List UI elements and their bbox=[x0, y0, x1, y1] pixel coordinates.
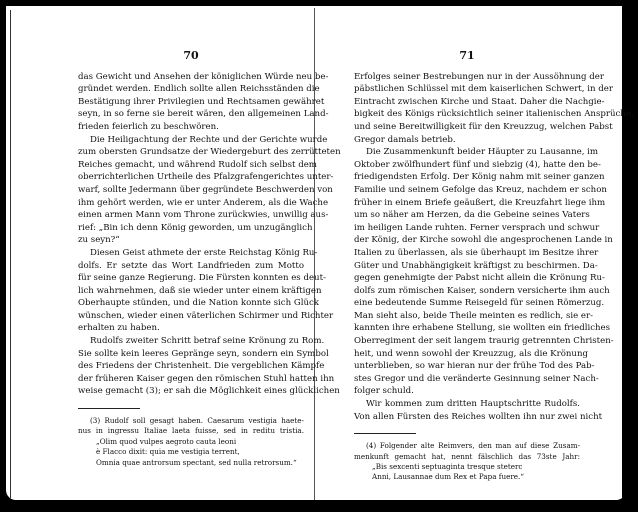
text-line: des Friedens der Christenheit. Die verge… bbox=[78, 360, 304, 373]
text-line: Die Zusammenkunft beider Häupter zu Laus… bbox=[354, 146, 580, 159]
text-line: Gregor damals betrieb. bbox=[354, 134, 580, 147]
scan-right-border bbox=[622, 6, 638, 512]
text-line: Diesen Geist athmete der erste Reichstag… bbox=[78, 247, 304, 260]
text-line: päbstlichen Schlüssel mit dem kaiserlich… bbox=[354, 83, 580, 96]
text-line: folger schuld. bbox=[354, 385, 580, 398]
text-line: unterblieben, so war hieran nur der früh… bbox=[354, 360, 580, 373]
text-line: friedigendsten Erfolg. Der König nahm mi… bbox=[354, 171, 580, 184]
text-line: das Gewicht und Ansehen der königlichen … bbox=[78, 71, 304, 84]
footnote-line: (3) Rudolf soll gesagt haben. Caesarum v… bbox=[78, 416, 304, 426]
text-line: Oberhaupte stünden, und die Nation konnt… bbox=[78, 297, 304, 310]
text-line: Güter und Unabhängigkeit kräftigst zu be… bbox=[354, 260, 580, 273]
text-line: Die Heiligachtung der Rechte und der Ger… bbox=[78, 134, 304, 147]
text-line: seyn, in so ferne sie bereit wären, den … bbox=[78, 108, 304, 121]
text-line: für seine ganze Regierung. Die Fürsten k… bbox=[78, 272, 304, 285]
text-line: Wir kommen zum dritten Hauptschritte Rud… bbox=[354, 398, 580, 411]
page-number: 71 bbox=[354, 50, 580, 63]
footnote-line: menkunft gemacht hat, nennt fälschlich d… bbox=[354, 452, 580, 462]
text-line: einen armen Mann vom Throne zurückwies, … bbox=[78, 209, 304, 222]
text-line: lich wahrnehmen, daß sie wieder unter ei… bbox=[78, 285, 304, 298]
footnote: (3) Rudolf soll gesagt haben. Caesarum v… bbox=[78, 416, 304, 468]
text-line: Sie sollte kein leeres Gepränge seyn, so… bbox=[78, 348, 304, 361]
text-line: Reiches gemacht, und während Rudolf sich… bbox=[78, 159, 304, 172]
text-line: heit, und wenn sowohl der Kreuzzug, als … bbox=[354, 348, 580, 361]
text-line: der König, der Kirche sowohl die angespr… bbox=[354, 234, 580, 247]
text-line: oberrichterlichen Urtheile des Pfalzgraf… bbox=[78, 171, 304, 184]
page-number: 70 bbox=[78, 50, 304, 63]
footnote-verse: Omnia quae antrorsum spectant, sed nulla… bbox=[78, 458, 304, 468]
text-line: Erfolges seiner Bestrebungen nur in der … bbox=[354, 71, 580, 84]
text-line: weise gemacht (3); er sah die Möglichkei… bbox=[78, 385, 304, 398]
text-line: Eintracht zwischen Kirche und Staat. Dah… bbox=[354, 96, 580, 109]
text-line: Familie und seinem Gefolge das Kreuz, na… bbox=[354, 184, 580, 197]
body-text: das Gewicht und Ansehen der königlichen … bbox=[78, 71, 304, 398]
text-line: um so näher am Herzen, da die Gebeine se… bbox=[354, 209, 580, 222]
footnote-line: nus in ingressu Italiae laeta fuisse, se… bbox=[78, 426, 304, 436]
footnote-rule bbox=[78, 408, 140, 409]
text-line: Oberregiment der seit langem traurig get… bbox=[354, 335, 580, 348]
footnote-verse: Anni, Lausannae dum Rex et Papa fuere.“ bbox=[354, 472, 580, 482]
text-line: gründet werden. Endlich sollte allen Rei… bbox=[78, 83, 304, 96]
text-line: dolfs. Er setzte das Wort Landfrieden zu… bbox=[78, 260, 304, 273]
text-line: stes Gregor und die veränderte Gesinnung… bbox=[354, 373, 580, 386]
text-line: gegen genehmigte der Pabst nicht allein … bbox=[354, 272, 580, 285]
body-text: Erfolges seiner Bestrebungen nur in der … bbox=[354, 71, 580, 424]
text-line: Man sieht also, beide Theile meinten es … bbox=[354, 310, 580, 323]
text-line: der früheren Kaiser gegen den römischen … bbox=[78, 373, 304, 386]
left-page-edge bbox=[10, 10, 11, 498]
text-line: kannten ihre erhabene Stellung, sie woll… bbox=[354, 322, 580, 335]
footnote-rule bbox=[354, 433, 416, 434]
footnote-verse: è Flacco dixit: quia me vestigia terrent… bbox=[78, 447, 304, 457]
text-line: Oktober zwölfhundert fünf und siebzig (4… bbox=[354, 159, 580, 172]
footnote-verse: „Bis sexcenti septuaginta tresque steter… bbox=[354, 462, 580, 472]
text-line: Rudolfs zweiter Schritt betraf seine Krö… bbox=[78, 335, 304, 348]
text-line: früher in einem Briefe geäußert, die Kre… bbox=[354, 197, 580, 210]
text-line: Italien zu überlassen, als sie überhaupt… bbox=[354, 247, 580, 260]
text-line: wünschen, wieder einen väterlichen Schir… bbox=[78, 310, 304, 323]
text-line: Bestätigung ihrer Privilegien und Rechts… bbox=[78, 96, 304, 109]
text-line: Von allen Fürsten des Reiches wollten ih… bbox=[354, 411, 580, 424]
text-line: erhalten zu haben. bbox=[78, 322, 304, 335]
text-line: bigkeit des Königs rücksichtlich seiner … bbox=[354, 108, 580, 121]
footnote-verse: „Olim quod vulpes aegroto cauta leoni bbox=[78, 437, 304, 447]
text-line: rief: „Bin ich denn König geworden, um u… bbox=[78, 222, 304, 235]
text-line: warf, sollte Jedermann über gegründete B… bbox=[78, 184, 304, 197]
right-page: 71 Erfolges seiner Bestrebungen nur in d… bbox=[354, 50, 580, 483]
text-line: dolfs zum römischen Kaiser, sondern vers… bbox=[354, 285, 580, 298]
text-line: zum obersten Grundsatze der Wiedergeburt… bbox=[78, 146, 304, 159]
footnote-line: (4) Folgender alte Reimvers, den man auf… bbox=[354, 441, 580, 451]
text-line: eine bedeutende Summe Reisegeld für sein… bbox=[354, 297, 580, 310]
text-line: im heiligen Lande ruhten. Ferner verspra… bbox=[354, 222, 580, 235]
text-line: ihm gehört werden, wie er unter Anderem,… bbox=[78, 197, 304, 210]
left-page: 70 das Gewicht und Ansehen der königlich… bbox=[78, 50, 304, 468]
text-line: und seine Bereitwilligkeit für den Kreuz… bbox=[354, 121, 580, 134]
footnote: (4) Folgender alte Reimvers, den man auf… bbox=[354, 441, 580, 483]
text-line: zu seyn?“ bbox=[78, 234, 304, 247]
text-line: frieden feierlich zu beschwören. bbox=[78, 121, 304, 134]
